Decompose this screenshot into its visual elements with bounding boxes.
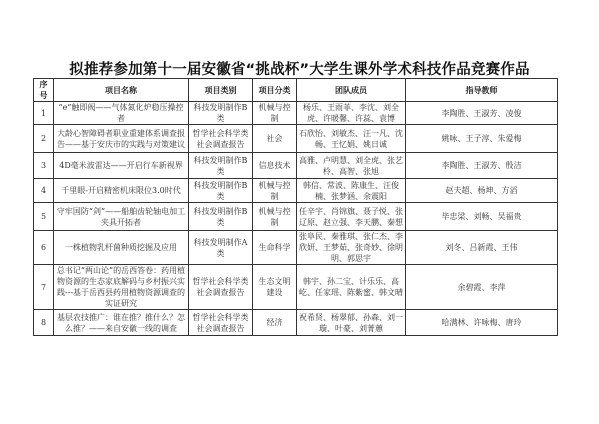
cell-project-field: 机械与控制	[253, 203, 297, 231]
cell-advisors: 李陶胜、王淑芳、殷洁	[406, 153, 558, 179]
cell-team-members: 任辛宇、肖锦旗、聂子悦、张辽原、赵立强、李天鹏、秦想	[297, 203, 406, 231]
cell-project-name: 总书记“两山论”的岳西答卷：药用植物资源的生态家底解码与乡村振兴实践---基于岳…	[54, 265, 189, 310]
cell-no: 4	[34, 179, 54, 203]
cell-project-field: 社会	[253, 125, 297, 153]
cell-advisors: 哈满林、许咏梅、唐玲	[406, 310, 558, 336]
cell-project-category: 哲学社会科学类社会调查报告	[189, 125, 253, 153]
cell-advisors: 赵夫超、杨坤、方滔	[406, 179, 558, 203]
cell-project-name: 一株植物乳杆菌种质挖掘及应用	[54, 231, 189, 265]
cell-project-field: 经济	[253, 310, 297, 336]
table-row: 4 千里眼-开启精密机床限位3.0时代 科技发明制作B类 机械与控制 韩信、常波…	[34, 179, 558, 203]
cell-advisors: 李陶胜、王淑芳、凌俊	[406, 102, 558, 125]
cell-project-field: 机械与控制	[253, 102, 297, 125]
cell-no: 3	[34, 153, 54, 179]
cell-project-field: 信息技术	[253, 153, 297, 179]
table-row: 7 总书记“两山论”的岳西答卷：药用植物资源的生态家底解码与乡村振兴实践---基…	[34, 265, 558, 310]
cell-project-name: 4D毫米波雷达——开启行车新视界	[54, 153, 189, 179]
cell-advisors: 余碧霞、李萍	[406, 265, 558, 310]
header-no: 序号	[34, 79, 54, 102]
cell-team-members: 祝希贤、杨翠郁、孙森、刘一璇、叶豪、刘菁蕙	[297, 310, 406, 336]
cell-project-category: 科技发明制作B类	[189, 153, 253, 179]
cell-team-members: 石欣怡、刘敏杰、汪一凡、沈畅、王忆娟、姚日诚	[297, 125, 406, 153]
cell-team-members: 韩宇、孙二宝、计乐乐、高屹、任家瑶、陈紫蜜、韩文晴	[297, 265, 406, 310]
table-row: 2 大龄心智障碍者职业重建体系调查报告——基于安庆市的实践与对策建议 哲学社会科…	[34, 125, 558, 153]
cell-project-category: 哲学社会科学类社会调查报告	[189, 265, 253, 310]
header-project-category: 项目类别	[189, 79, 253, 102]
cell-project-category: 科技发明制作B类	[189, 179, 253, 203]
header-advisors: 指导教师	[406, 79, 558, 102]
cell-no: 5	[34, 203, 54, 231]
cell-team-members: 韩信、常波、陈康生、汪俊楠、张梦涵、余震阳	[297, 179, 406, 203]
cell-project-category: 科技发明制作B类	[189, 102, 253, 125]
cell-project-field: 生态文明建设	[253, 265, 297, 310]
recommended-works-table: 序号 项目名称 项目类别 项目分类 团队成员 指导教师 1 “e”触即阀——气体…	[33, 78, 558, 336]
cell-advisors: 刘冬、吕新霞、王伟	[406, 231, 558, 265]
table-row: 6 一株植物乳杆菌种质挖掘及应用 科技发明制作A类 生命科学 张阜民、秦雅琪、张…	[34, 231, 558, 265]
cell-project-name: 大龄心智障碍者职业重建体系调查报告——基于安庆市的实践与对策建议	[54, 125, 189, 153]
header-team-members: 团队成员	[297, 79, 406, 102]
cell-project-field: 生命科学	[253, 231, 297, 265]
cell-no: 8	[34, 310, 54, 336]
cell-no: 6	[34, 231, 54, 265]
cell-advisors: 毕忠梁、刘畅、吴福贵	[406, 203, 558, 231]
table-row: 1 “e”触即阀——气体氮化炉稳压操控者 科技发明制作B类 机械与控制 杨乐、王…	[34, 102, 558, 125]
cell-advisors: 姚咏、王子淳、朱爱梅	[406, 125, 558, 153]
table-row: 5 守牢国防“剑”——船舶齿轮轴电加工夹具开拓者 科技发明制作B类 机械与控制 …	[34, 203, 558, 231]
cell-no: 2	[34, 125, 54, 153]
cell-team-members: 高雅、卢明慧、刘全虎、张艺柃、高智、张旭	[297, 153, 406, 179]
cell-no: 7	[34, 265, 54, 310]
cell-team-members: 杨乐、王雨菲、李沈、刘全虎、许暖馨、许蕊、袁博	[297, 102, 406, 125]
cell-project-category: 哲学社会科学类社会调查报告	[189, 310, 253, 336]
table-row: 3 4D毫米波雷达——开启行车新视界 科技发明制作B类 信息技术 高雅、卢明慧、…	[34, 153, 558, 179]
table-header-row: 序号 项目名称 项目类别 项目分类 团队成员 指导教师	[34, 79, 558, 102]
header-project-name: 项目名称	[54, 79, 189, 102]
cell-project-field: 机械与控制	[253, 179, 297, 203]
cell-no: 1	[34, 102, 54, 125]
cell-project-name: 基层农技推广：谁在推？推什么？怎么推？——来自安徽一线的调查	[54, 310, 189, 336]
cell-project-category: 科技发明制作B类	[189, 203, 253, 231]
cell-project-name: 千里眼-开启精密机床限位3.0时代	[54, 179, 189, 203]
cell-team-members: 张阜民、秦雅琪、张仁杰、李欣妍、王梦茹、张奇妙、徐明明、郭思宇	[297, 231, 406, 265]
document-title: 拟推荐参加第十一届安徽省“挑战杯”大学生课外学术科技作品竞赛作品	[0, 58, 599, 79]
cell-project-name: “e”触即阀——气体氮化炉稳压操控者	[54, 102, 189, 125]
header-project-field: 项目分类	[253, 79, 297, 102]
cell-project-category: 科技发明制作A类	[189, 231, 253, 265]
table-row: 8 基层农技推广：谁在推？推什么？怎么推？——来自安徽一线的调查 哲学社会科学类…	[34, 310, 558, 336]
cell-project-name: 守牢国防“剑”——船舶齿轮轴电加工夹具开拓者	[54, 203, 189, 231]
